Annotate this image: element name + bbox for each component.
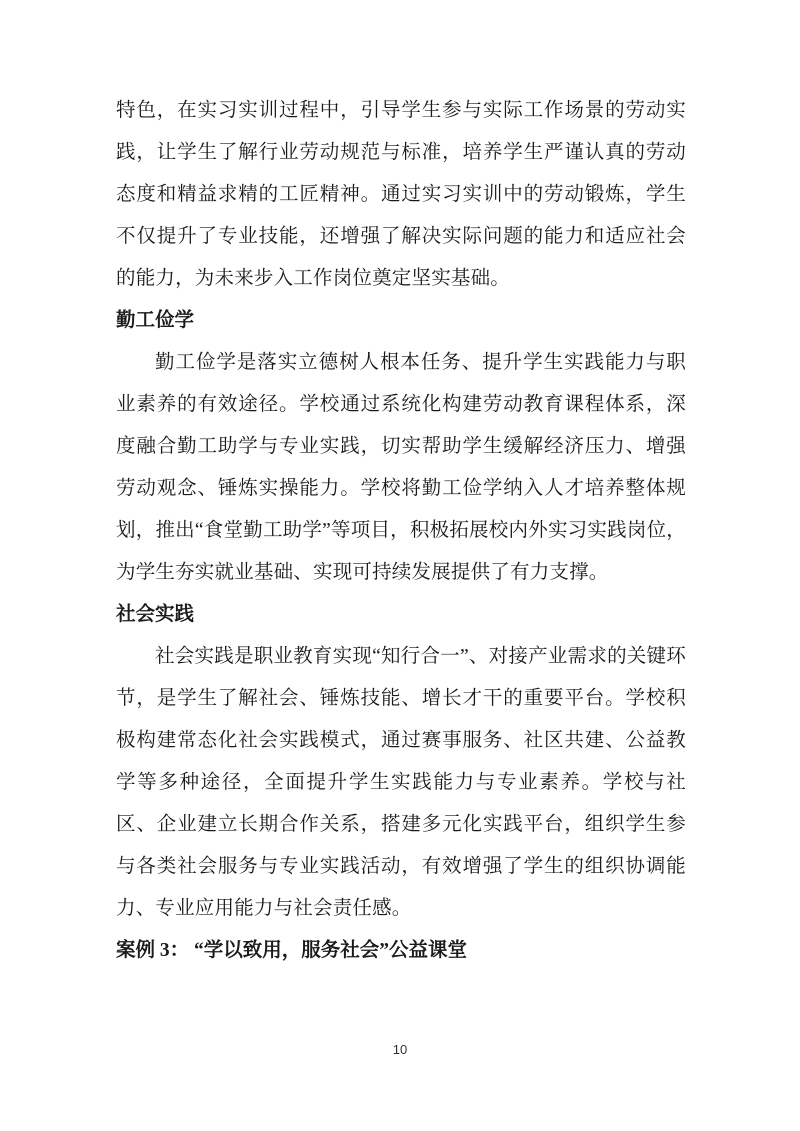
body-paragraph-work-study: 勤工俭学是落实立德树人根本任务、提升学生实践能力与职业素养的有效途径。学校通过系… <box>116 342 686 594</box>
body-paragraph-continued: 特色，在实习实训过程中，引导学生参与实际工作场景的劳动实践，让学生了解行业劳动规… <box>116 90 686 300</box>
section-heading-work-study: 勤工俭学 <box>116 300 686 342</box>
page-number: 10 <box>393 1042 407 1057</box>
case-heading: 案例 3： “学以致用，服务社会”公益课堂 <box>116 930 686 972</box>
document-page: 特色，在实习实训过程中，引导学生参与实际工作场景的劳动实践，让学生了解行业劳动规… <box>0 0 800 1131</box>
page-footer: 10 <box>0 1042 800 1057</box>
section-heading-social-practice: 社会实践 <box>116 594 686 636</box>
body-paragraph-social-practice: 社会实践是职业教育实现“知行合一”、对接产业需求的关键环节，是学生了解社会、锤炼… <box>116 636 686 930</box>
document-content: 特色，在实习实训过程中，引导学生参与实际工作场景的劳动实践，让学生了解行业劳动规… <box>116 90 686 972</box>
